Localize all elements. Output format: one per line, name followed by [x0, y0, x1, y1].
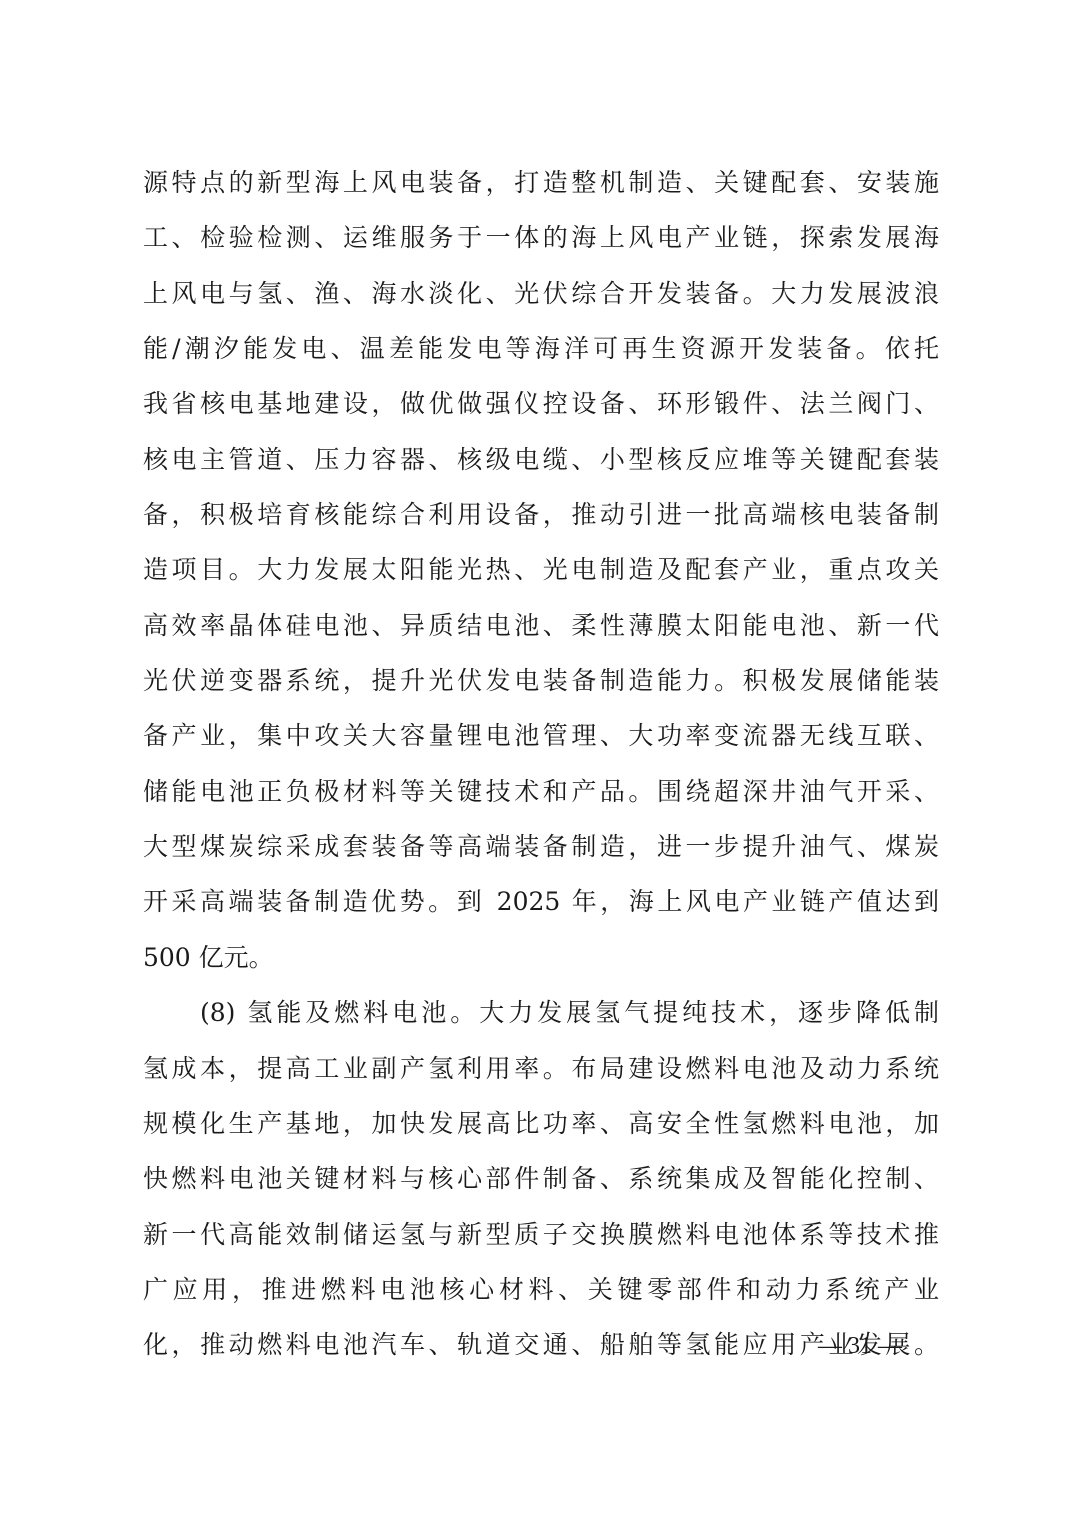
text-line: 高效率晶体硅电池、异质结电池、柔性薄膜太阳能电池、新一代	[143, 598, 939, 653]
text-line: 我省核电基地建设，做优做强仪控设备、环形锻件、法兰阀门、	[143, 376, 939, 431]
body-text: 源特点的新型海上风电装备，打造整机制造、关键配套、安装施 工、检验检测、运维服务…	[143, 155, 939, 1373]
text-line: 快燃料电池关键材料与核心部件制备、系统集成及智能化控制、	[143, 1151, 939, 1206]
page-number: — 31 —	[800, 1330, 920, 1362]
text-line: 新一代高能效制储运氢与新型质子交换膜燃料电池体系等技术推	[143, 1207, 939, 1262]
text-line: 开采高端装备制造优势。到 2025 年，海上风电产业链产值达到	[143, 874, 939, 929]
text-line: 核电主管道、压力容器、核级电缆、小型核反应堆等关键配套装	[143, 432, 939, 487]
text-line: 储能电池正负极材料等关键技术和产品。围绕超深井油气开采、	[143, 764, 939, 819]
text-line: 500 亿元。	[143, 930, 939, 985]
text-line: 广应用，推进燃料电池核心材料、关键零部件和动力系统产业	[143, 1262, 939, 1317]
text-line: 备产业，集中攻关大容量锂电池管理、大功率变流器无线互联、	[143, 708, 939, 763]
text-line: 能/潮汐能发电、温差能发电等海洋可再生资源开发装备。依托	[143, 321, 939, 376]
text-line: 大型煤炭综采成套装备等高端装备制造，进一步提升油气、煤炭	[143, 819, 939, 874]
section-heading-line: (8) 氢能及燃料电池。大力发展氢气提纯技术，逐步降低制	[143, 985, 939, 1040]
text-line: 源特点的新型海上风电装备，打造整机制造、关键配套、安装施	[143, 155, 939, 210]
text-line: 造项目。大力发展太阳能光热、光电制造及配套产业，重点攻关	[143, 542, 939, 597]
text-line: 氢成本，提高工业副产氢利用率。布局建设燃料电池及动力系统	[143, 1041, 939, 1096]
document-page: 源特点的新型海上风电装备，打造整机制造、关键配套、安装施 工、检验检测、运维服务…	[0, 0, 1080, 1528]
text-line: 工、检验检测、运维服务于一体的海上风电产业链，探索发展海	[143, 210, 939, 265]
text-line: 上风电与氢、渔、海水淡化、光伏综合开发装备。大力发展波浪	[143, 266, 939, 321]
text-line: 光伏逆变器系统，提升光伏发电装备制造能力。积极发展储能装	[143, 653, 939, 708]
text-line: 备，积极培育核能综合利用设备，推动引进一批高端核电装备制	[143, 487, 939, 542]
text-line: 规模化生产基地，加快发展高比功率、高安全性氢燃料电池，加	[143, 1096, 939, 1151]
